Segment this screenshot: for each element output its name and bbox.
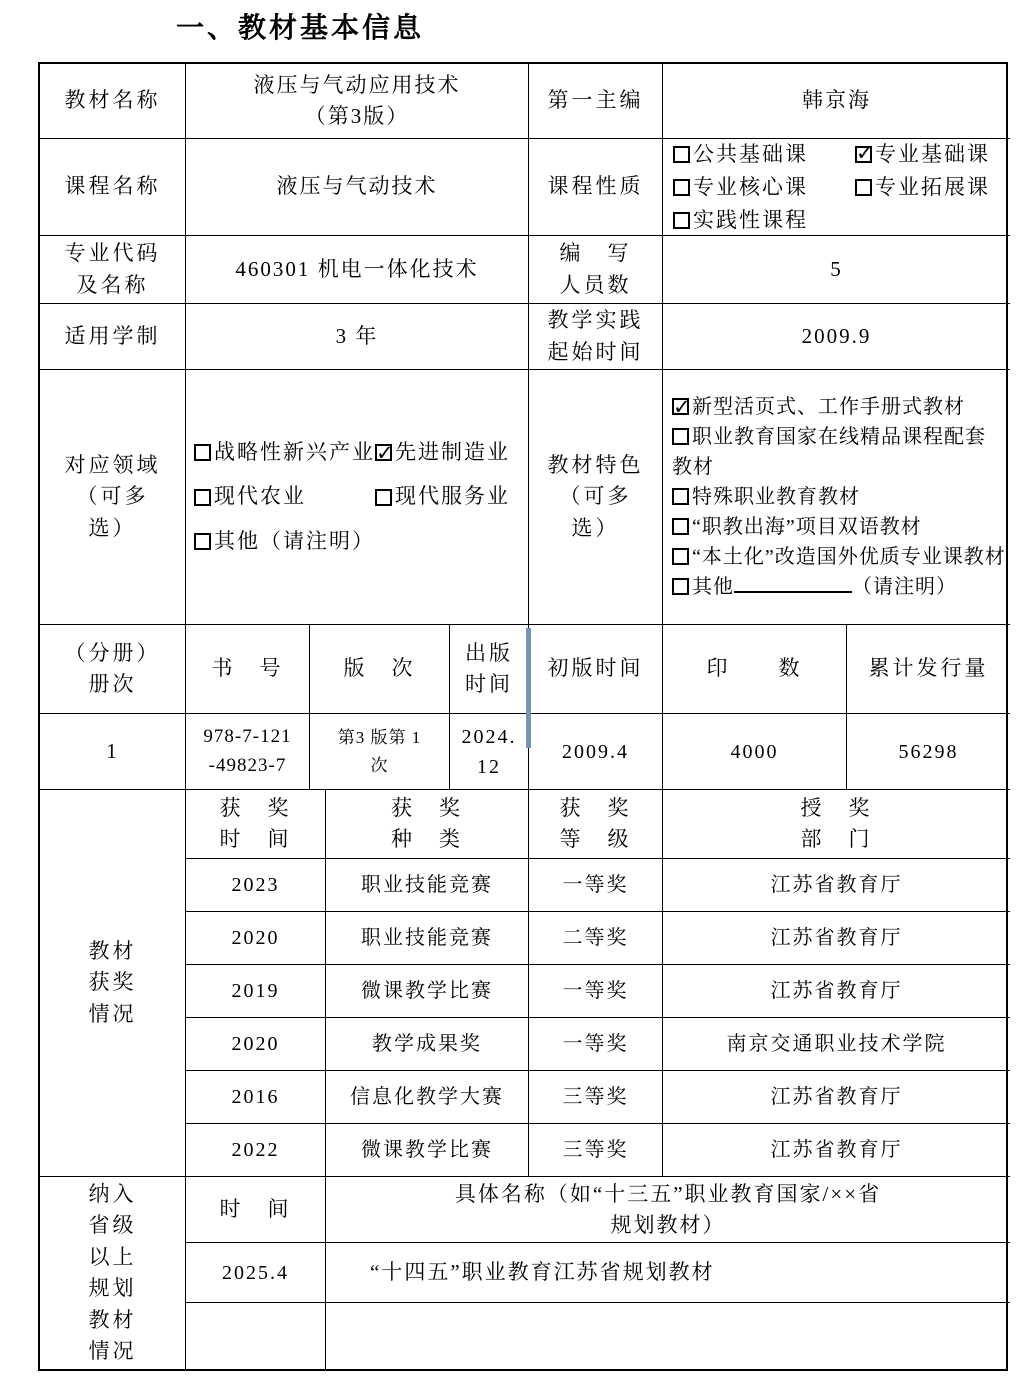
checkbox-icon[interactable] [194,489,211,506]
award-grade: 三等奖 [529,1071,663,1124]
major-code-value: 460301 机电一体化技术 [186,236,529,304]
checkbox-icon[interactable] [673,146,690,163]
option-label: 专业核心课 [693,174,808,201]
option-practical-course: 实践性课程 [673,207,808,234]
selection-bar [526,628,531,748]
awards-header-type: 获 奖 种 类 [326,790,529,859]
option-strategic-emerging-industry: 战略性新兴产业 [194,437,375,469]
option-label: 新型活页式、工作手册式教材 [692,396,965,418]
award-issuer: 江苏省教育厅 [663,1071,1010,1124]
option-label: 先进制造业 [395,437,510,469]
volume-total-circulation-value: 56298 [847,714,1010,790]
checkbox-icon[interactable] [673,179,690,196]
feature-options-cell: 新型活页式、工作手册式教材 职业教育国家在线精品课程配套教材 特殊职业教育教材 … [663,370,1010,625]
field-options-cell: 战略性新兴产业 先进制造业 现代农业 现代服务业 其他（请注明） [186,370,529,625]
award-time: 2019 [186,965,326,1018]
planning-time-value-empty [186,1303,326,1369]
award-grade: 二等奖 [529,912,663,965]
option-label: “职教出海”项目双语教材 [692,516,922,538]
award-issuer: 江苏省教育厅 [663,859,1010,912]
award-type: 微课教学比赛 [326,1124,529,1177]
volume-header-publish-date: 出版 时间 [450,625,529,714]
checkbox-icon[interactable] [855,146,872,163]
volume-print-count-value: 4000 [663,714,847,790]
writer-count-label: 编 写 人员数 [529,236,663,304]
award-time: 2020 [186,1018,326,1071]
feature-option-other: 其他（请注明） [672,572,1006,602]
option-major-basic-course: 专业基础课 [855,141,990,168]
volume-publish-date-value: 2024. 12 [450,714,529,790]
option-label: 专业拓展课 [875,174,990,201]
checkbox-icon[interactable] [672,488,689,505]
please-specify-note: （请注明） [260,526,375,558]
writer-count-value: 5 [663,236,1010,304]
option-label: 特殊职业教育教材 [692,486,860,508]
award-time: 2020 [186,912,326,965]
award-issuer: 江苏省教育厅 [663,1124,1010,1177]
award-time: 2016 [186,1071,326,1124]
option-label: 现代农业 [214,481,306,513]
checkbox-icon[interactable] [375,489,392,506]
other-fill-blank [734,572,852,593]
chief-editor-value: 韩京海 [663,64,1010,139]
volume-header-first-edition-date: 初版时间 [529,625,663,714]
feature-option-localized: “本土化”改造国外优质专业课教材 [672,542,1006,572]
planning-section: 纳入 省级 以上 规划 教材 情况 时 间 具体名称（如“十三五”职业教育国家/… [40,1177,1006,1369]
awards-header-grade: 获 奖 等 级 [529,790,663,859]
checkbox-icon[interactable] [672,518,689,535]
award-type: 微课教学比赛 [326,965,529,1018]
checkbox-icon[interactable] [673,212,690,229]
option-label: 实践性课程 [693,207,808,234]
option-field-other: 其他（请注明） [194,526,375,558]
volume-header-print-count: 印 数 [663,625,847,714]
planning-name-value-empty [326,1303,1010,1369]
awards-section: 教材 获奖 情况 获 奖 时 间 获 奖 种 类 获 奖 等 级 授 奖 部 门… [40,790,1006,1177]
award-type: 职业技能竞赛 [326,859,529,912]
option-modern-agriculture: 现代农业 [194,481,375,513]
planning-time-value: 2025.4 [186,1243,326,1303]
volume-header-edition: 版 次 [310,625,450,714]
award-issuer: 江苏省教育厅 [663,912,1010,965]
planning-section-label: 纳入 省级 以上 规划 教材 情况 [40,1177,186,1369]
field-label: 对应领域 （可多 选） [40,370,186,625]
award-grade: 一等奖 [529,1018,663,1071]
award-grade: 一等奖 [529,965,663,1018]
volume-header-booklet: （分册） 册次 [40,625,186,714]
award-time: 2023 [186,859,326,912]
option-modern-services: 现代服务业 [375,481,510,513]
checkbox-icon[interactable] [855,179,872,196]
checkbox-icon[interactable] [672,428,689,445]
awards-section-label: 教材 获奖 情况 [40,790,186,1177]
feature-option-loose-leaf: 新型活页式、工作手册式教材 [672,392,1006,422]
option-label: 其他 [214,526,260,558]
volume-header-total-circulation: 累计发行量 [847,625,1010,714]
volume-section: （分册） 册次 书 号 版 次 出版 时间 初版时间 印 数 累计发行量 1 9… [40,625,1006,790]
textbook-name-value: 液压与气动应用技术 （第3版） [186,64,529,139]
major-code-label: 专业代码 及名称 [40,236,186,304]
option-advanced-manufacturing: 先进制造业 [375,437,510,469]
award-type: 职业技能竞赛 [326,912,529,965]
award-time: 2022 [186,1124,326,1177]
feature-option-online-course-companion: 职业教育国家在线精品课程配套教材 [672,422,1006,482]
checkbox-icon[interactable] [375,444,392,461]
option-label: 战略性新兴产业 [214,437,375,469]
schooling-label: 适用学制 [40,304,186,370]
planning-time-header: 时 间 [186,1177,326,1243]
award-issuer: 江苏省教育厅 [663,965,1010,1018]
checkbox-icon[interactable] [672,578,689,595]
textbook-info-table: 教材名称 液压与气动应用技术 （第3版） 第一主编 韩京海 课程名称 液压与气动… [38,62,1008,1371]
practice-start-label: 教学实践 起始时间 [529,304,663,370]
awards-header-time: 获 奖 时 间 [186,790,326,859]
course-name-value: 液压与气动技术 [186,139,529,236]
course-nature-options-cell: 公共基础课 专业基础课 专业核心课 专业拓展课 实践性课程 [663,139,1010,236]
chief-editor-label: 第一主编 [529,64,663,139]
volume-edition-value: 第3 版第 1 次 [310,714,450,790]
volume-booklet-value: 1 [40,714,186,790]
volume-first-edition-date-value: 2009.4 [529,714,663,790]
page-title: 一、教材基本信息 [176,6,424,46]
basic-info-section: 教材名称 液压与气动应用技术 （第3版） 第一主编 韩京海 课程名称 液压与气动… [40,64,1006,625]
schooling-value: 3 年 [186,304,529,370]
feature-label: 教材特色 （可多 选） [529,370,663,625]
course-nature-label: 课程性质 [529,139,663,236]
award-grade: 一等奖 [529,859,663,912]
option-public-basic-course: 公共基础课 [673,141,808,168]
checkbox-icon[interactable] [672,398,689,415]
checkbox-icon[interactable] [194,533,211,550]
option-label: 职业教育国家在线精品课程配套教材 [672,426,986,478]
checkbox-icon[interactable] [194,444,211,461]
planning-name-value: “十四五”职业教育江苏省规划教材 [326,1243,1010,1303]
option-label: 现代服务业 [395,481,510,513]
award-grade: 三等奖 [529,1124,663,1177]
volume-header-isbn: 书 号 [186,625,310,714]
awards-header-issuer: 授 奖 部 门 [663,790,1010,859]
feature-option-bilingual: “职教出海”项目双语教材 [672,512,1006,542]
award-issuer: 南京交通职业技术学院 [663,1018,1010,1071]
option-major-core-course: 专业核心课 [673,174,808,201]
option-label: 其他 [692,576,734,598]
checkbox-icon[interactable] [672,548,689,565]
volume-isbn-value: 978-7-121 -49823-7 [186,714,310,790]
practice-start-value: 2009.9 [663,304,1010,370]
award-type: 信息化教学大赛 [326,1071,529,1124]
page: 一、教材基本信息 教材名称 液压与气动应用技术 （第3版） 第一主编 韩京海 课… [0,0,1031,1381]
course-name-label: 课程名称 [40,139,186,236]
award-type: 教学成果奖 [326,1018,529,1071]
option-label: “本土化”改造国外优质专业课教材 [692,546,1006,568]
please-specify-note: （请注明） [852,576,957,598]
textbook-name-label: 教材名称 [40,64,186,139]
option-major-extension-course: 专业拓展课 [855,174,990,201]
option-label: 专业基础课 [875,141,990,168]
planning-name-header: 具体名称（如“十三五”职业教育国家/××省 规划教材） [326,1177,1010,1243]
feature-option-special-vocational: 特殊职业教育教材 [672,482,1006,512]
option-label: 公共基础课 [693,141,808,168]
